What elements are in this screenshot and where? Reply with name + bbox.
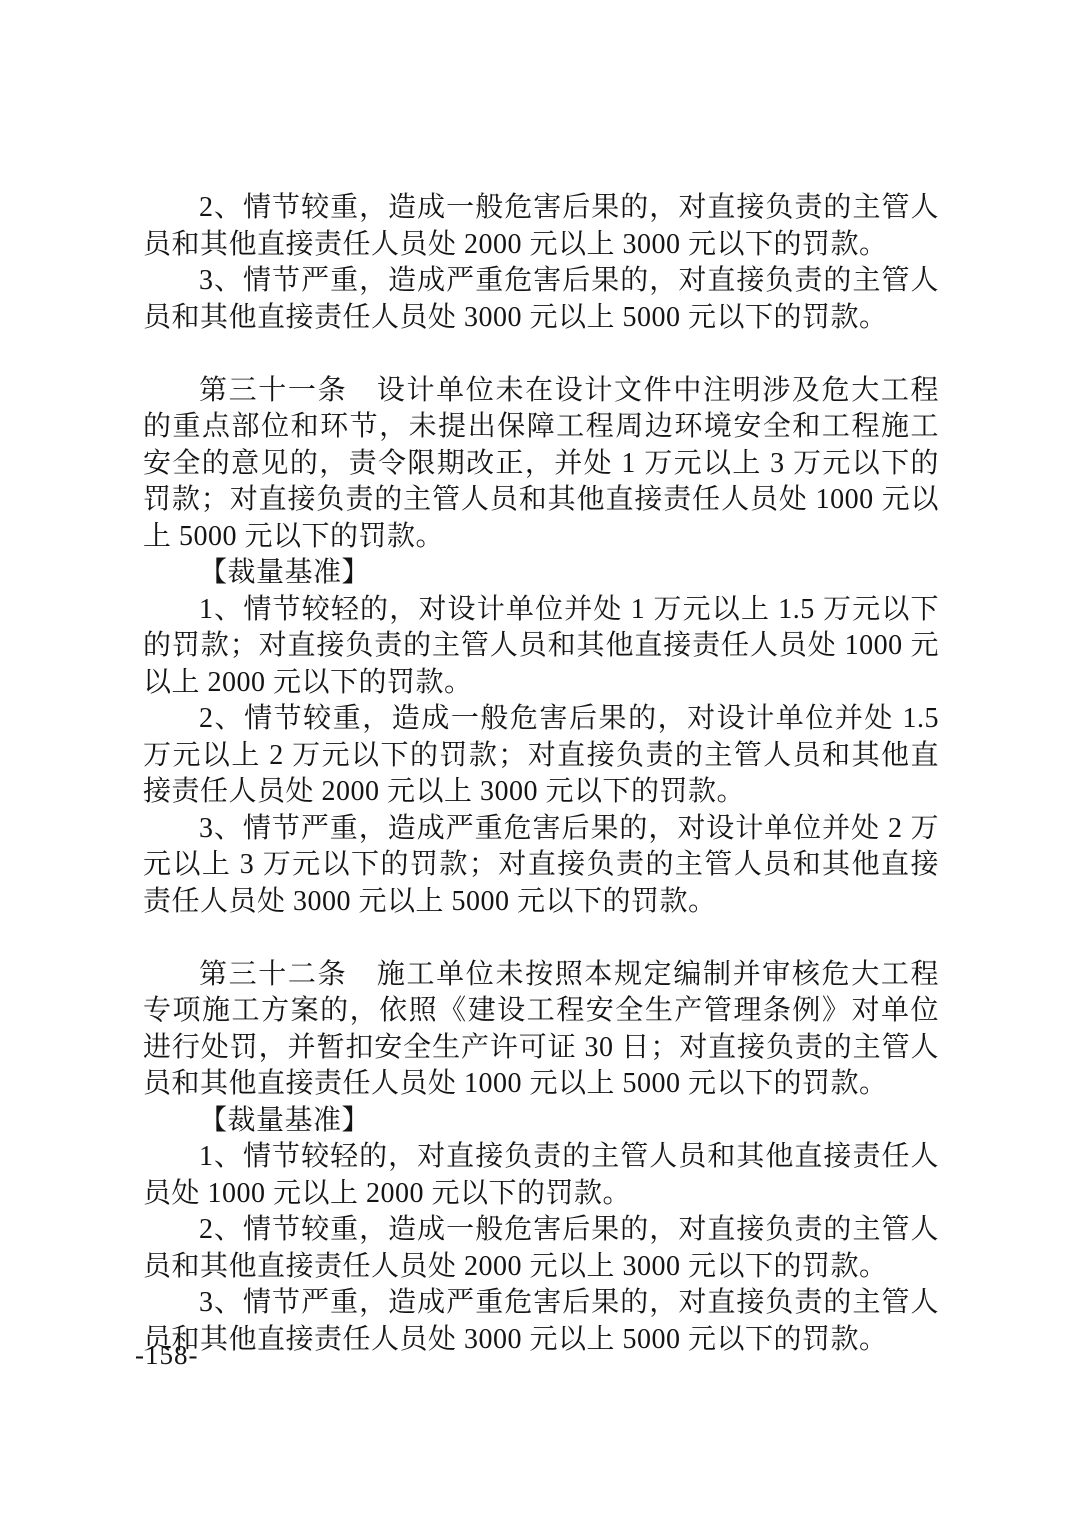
article-32-penalty-item-2: 2、情节较重，造成一般危害后果的，对直接负责的主管人员和其他直接责任人员处 20… bbox=[143, 1212, 939, 1285]
penalty-item-2: 2、情节较重，造成一般危害后果的，对直接负责的主管人员和其他直接责任人员处 20… bbox=[143, 190, 939, 263]
page-number: -158- bbox=[135, 1340, 198, 1371]
article-31-penalty-item-3: 3、情节严重，造成严重危害后果的，对设计单位并处 2 万元以上 3 万元以下的罚… bbox=[143, 811, 939, 921]
penalty-item-3: 3、情节严重，造成严重危害后果的，对直接负责的主管人员和其他直接责任人员处 30… bbox=[143, 263, 939, 336]
document-body: 2、情节较重，造成一般危害后果的，对直接负责的主管人员和其他直接责任人员处 20… bbox=[143, 190, 939, 1358]
article-32-penalty-item-1: 1、情节较轻的，对直接负责的主管人员和其他直接责任人员处 1000 元以上 20… bbox=[143, 1139, 939, 1212]
article-32-paragraph: 第三十二条 施工单位未按照本规定编制并审核危大工程专项施工方案的，依照《建设工程… bbox=[143, 957, 939, 1103]
article-31-penalty-item-2: 2、情节较重，造成一般危害后果的，对设计单位并处 1.5 万元以上 2 万元以下… bbox=[143, 701, 939, 811]
discretion-standard-heading-31: 【裁量基准】 bbox=[143, 555, 939, 592]
article-31-penalty-item-1: 1、情节较轻的，对设计单位并处 1 万元以上 1.5 万元以下的罚款；对直接负责… bbox=[143, 592, 939, 702]
article-32-penalty-item-3: 3、情节严重，造成严重危害后果的，对直接负责的主管人员和其他直接责任人员处 30… bbox=[143, 1285, 939, 1358]
document-page: 2、情节较重，造成一般危害后果的，对直接负责的主管人员和其他直接责任人员处 20… bbox=[0, 0, 1075, 1520]
discretion-standard-heading-32: 【裁量基准】 bbox=[143, 1103, 939, 1140]
article-31-paragraph: 第三十一条 设计单位未在设计文件中注明涉及危大工程的重点部位和环节，未提出保障工… bbox=[143, 373, 939, 556]
